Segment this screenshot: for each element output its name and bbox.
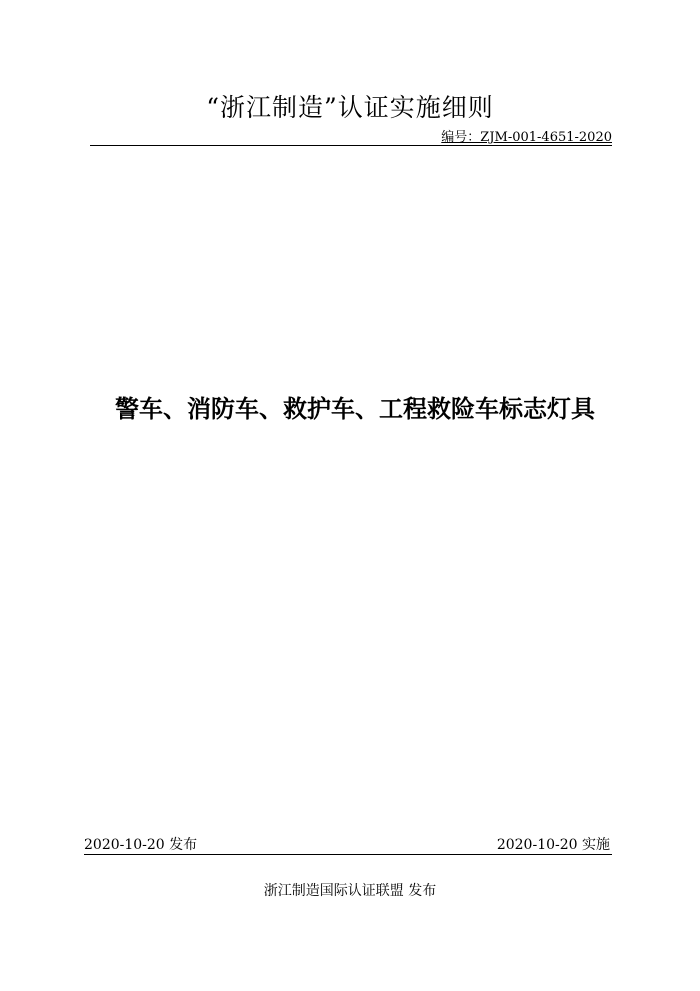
implementation-date: 2020-10-20 实施 [497, 836, 610, 854]
document-main-title: 警车、消防车、救护车、工程救险车标志灯具 [0, 392, 700, 426]
document-code: 编号：ZJM-001-4651-2020 [441, 130, 612, 146]
header-divider [90, 145, 612, 146]
publisher: 浙江制造国际认证联盟 发布 [0, 882, 700, 900]
issue-date: 2020-10-20 发布 [84, 836, 197, 854]
document-series-title: “浙江制造”认证实施细则 [0, 92, 700, 124]
footer-divider [84, 854, 612, 855]
